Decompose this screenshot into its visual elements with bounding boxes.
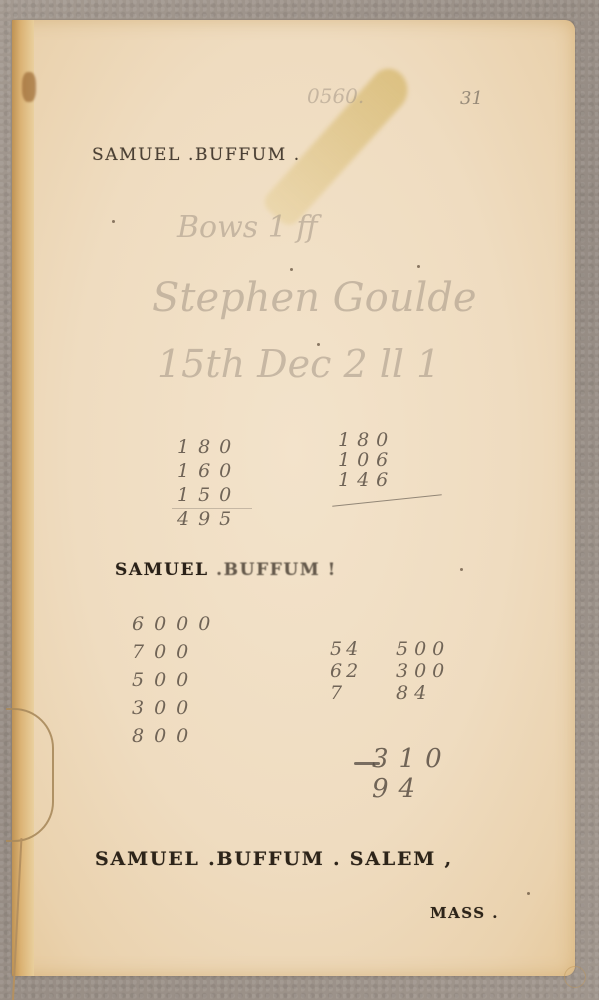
document-page: 0560. 31 SAMUEL .BUFFUM . Bows 1 ff Step… xyxy=(12,20,575,976)
pencil-figures-column-d: 54 62 7 xyxy=(330,638,362,704)
figure: 62 xyxy=(330,660,362,682)
figure: 300 xyxy=(396,660,450,682)
ink-speck xyxy=(417,265,420,268)
stamp-first-name: SAMUEL xyxy=(115,560,209,580)
owner-stamp-top: SAMUEL .BUFFUM . xyxy=(92,145,301,165)
pencil-corner-note: 31 xyxy=(460,88,483,109)
corner-stain xyxy=(564,966,586,988)
figure: 106 xyxy=(338,450,395,470)
figure: 146 xyxy=(338,470,395,490)
pencil-figures-column-f: 310 94 xyxy=(372,744,452,804)
stamp-last-name: .BUFFUM xyxy=(216,560,320,580)
figure: 300 xyxy=(132,694,220,722)
figure: 700 xyxy=(132,638,220,666)
ink-speck xyxy=(112,220,115,223)
pencil-underline xyxy=(172,508,252,509)
figure: 180 xyxy=(338,430,395,450)
figure: 94 xyxy=(372,774,452,804)
pencil-cursive-line-3: 15th Dec 2 ll 1 xyxy=(157,342,440,386)
ink-speck xyxy=(527,892,530,895)
figure: 160 xyxy=(177,459,240,483)
figure: 800 xyxy=(132,722,220,750)
owner-stamp-location: MASS . xyxy=(430,904,499,922)
binding-thread-loop xyxy=(6,708,54,842)
ink-speck xyxy=(460,568,463,571)
stamp-trailing-mark: ! xyxy=(328,560,337,580)
pencil-underline xyxy=(332,494,442,506)
ink-speck xyxy=(317,343,320,346)
figure: 500 xyxy=(396,638,450,660)
pencil-figures-column-b: 180 106 146 xyxy=(338,430,395,490)
pencil-cursive-line-1: Bows 1 ff xyxy=(177,210,318,245)
figure: 84 xyxy=(396,682,450,704)
spine-stain xyxy=(22,72,36,102)
figure: 180 xyxy=(177,435,240,459)
ink-speck xyxy=(290,268,293,271)
figure: 495 xyxy=(177,507,240,531)
figure: 310 xyxy=(372,744,452,774)
figure: 6000 xyxy=(132,610,220,638)
pencil-top-note: 0560. xyxy=(307,84,364,108)
figure: 54 xyxy=(330,638,362,660)
figure: 7 xyxy=(330,682,362,704)
pencil-figures-column-c: 6000 700 500 300 800 xyxy=(132,610,220,750)
figure: 500 xyxy=(132,666,220,694)
owner-stamp-bottom: SAMUEL .BUFFUM . SALEM , xyxy=(95,848,453,870)
pencil-figures-column-a: 180 160 150 495 xyxy=(177,435,240,531)
figure: 150 xyxy=(177,483,240,507)
pencil-figures-column-e: 500 300 84 xyxy=(396,638,450,704)
owner-stamp-middle: SAMUEL .BUFFUM ! xyxy=(115,560,337,580)
pencil-cursive-line-2: Stephen Goulde xyxy=(152,275,477,321)
